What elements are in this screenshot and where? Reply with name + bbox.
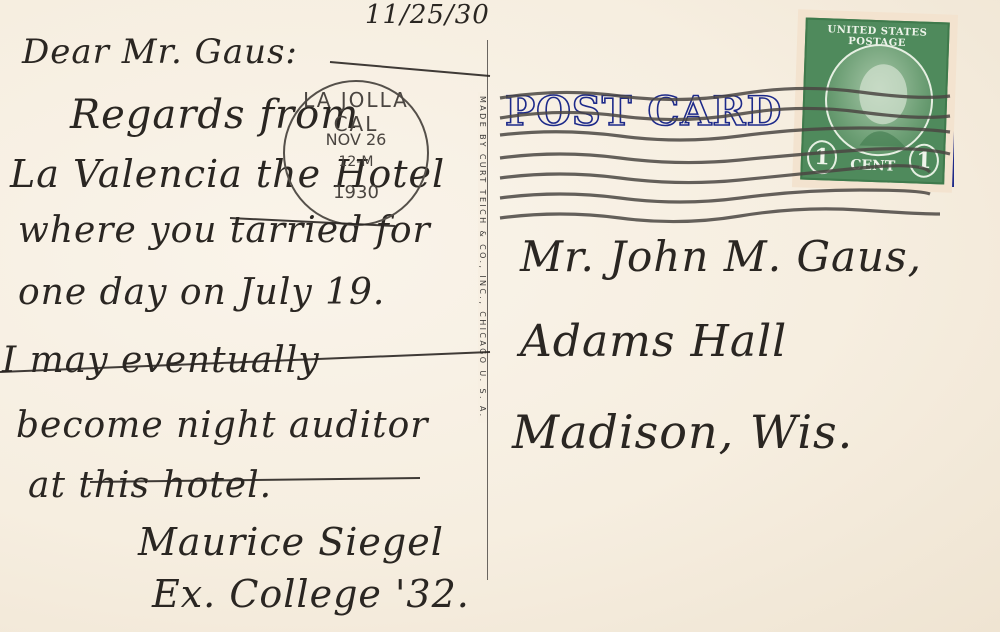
message-affiliation: Ex. College '32. [152,572,470,616]
postmark-town: LA JOLLA CAL [285,88,427,136]
message-line-7: at this hotel. [28,465,272,506]
postmark-year: 1930 [285,182,427,203]
address-line-1: Mr. John M. Gaus, [520,232,922,281]
address-line-3: Madison, Wis. [512,405,853,459]
address-line-2: Adams Hall [520,316,787,367]
message-salutation: Dear Mr. Gaus: [22,32,298,72]
postage-stamp: UNITED STATES POSTAGE 1 CENT 1 [792,9,958,192]
message-line-6: become night auditor [16,405,428,446]
postmark-date: NOV 26 [285,130,427,149]
center-divider [487,40,488,580]
stamp-frame: UNITED STATES POSTAGE 1 CENT 1 [800,18,950,185]
message-date: 11/25/30 [365,0,490,30]
postmark-time: 12-M [285,154,427,170]
message-line-5: I may eventually [2,340,320,381]
franklin-portrait-icon [823,42,935,158]
postcard-back: 11/25/30 Dear Mr. Gaus: Regards from La … [0,0,1000,632]
postcard-title: POST CARD [505,88,782,135]
postmark: LA JOLLA CAL NOV 26 12-M 1930 [283,80,429,226]
message-line-4: one day on July 19. [18,272,385,313]
maker-imprint: MADE BY CURT TEICH & CO., INC., CHICAGO … [478,92,487,423]
message-signature: Maurice Siegel [138,520,444,564]
